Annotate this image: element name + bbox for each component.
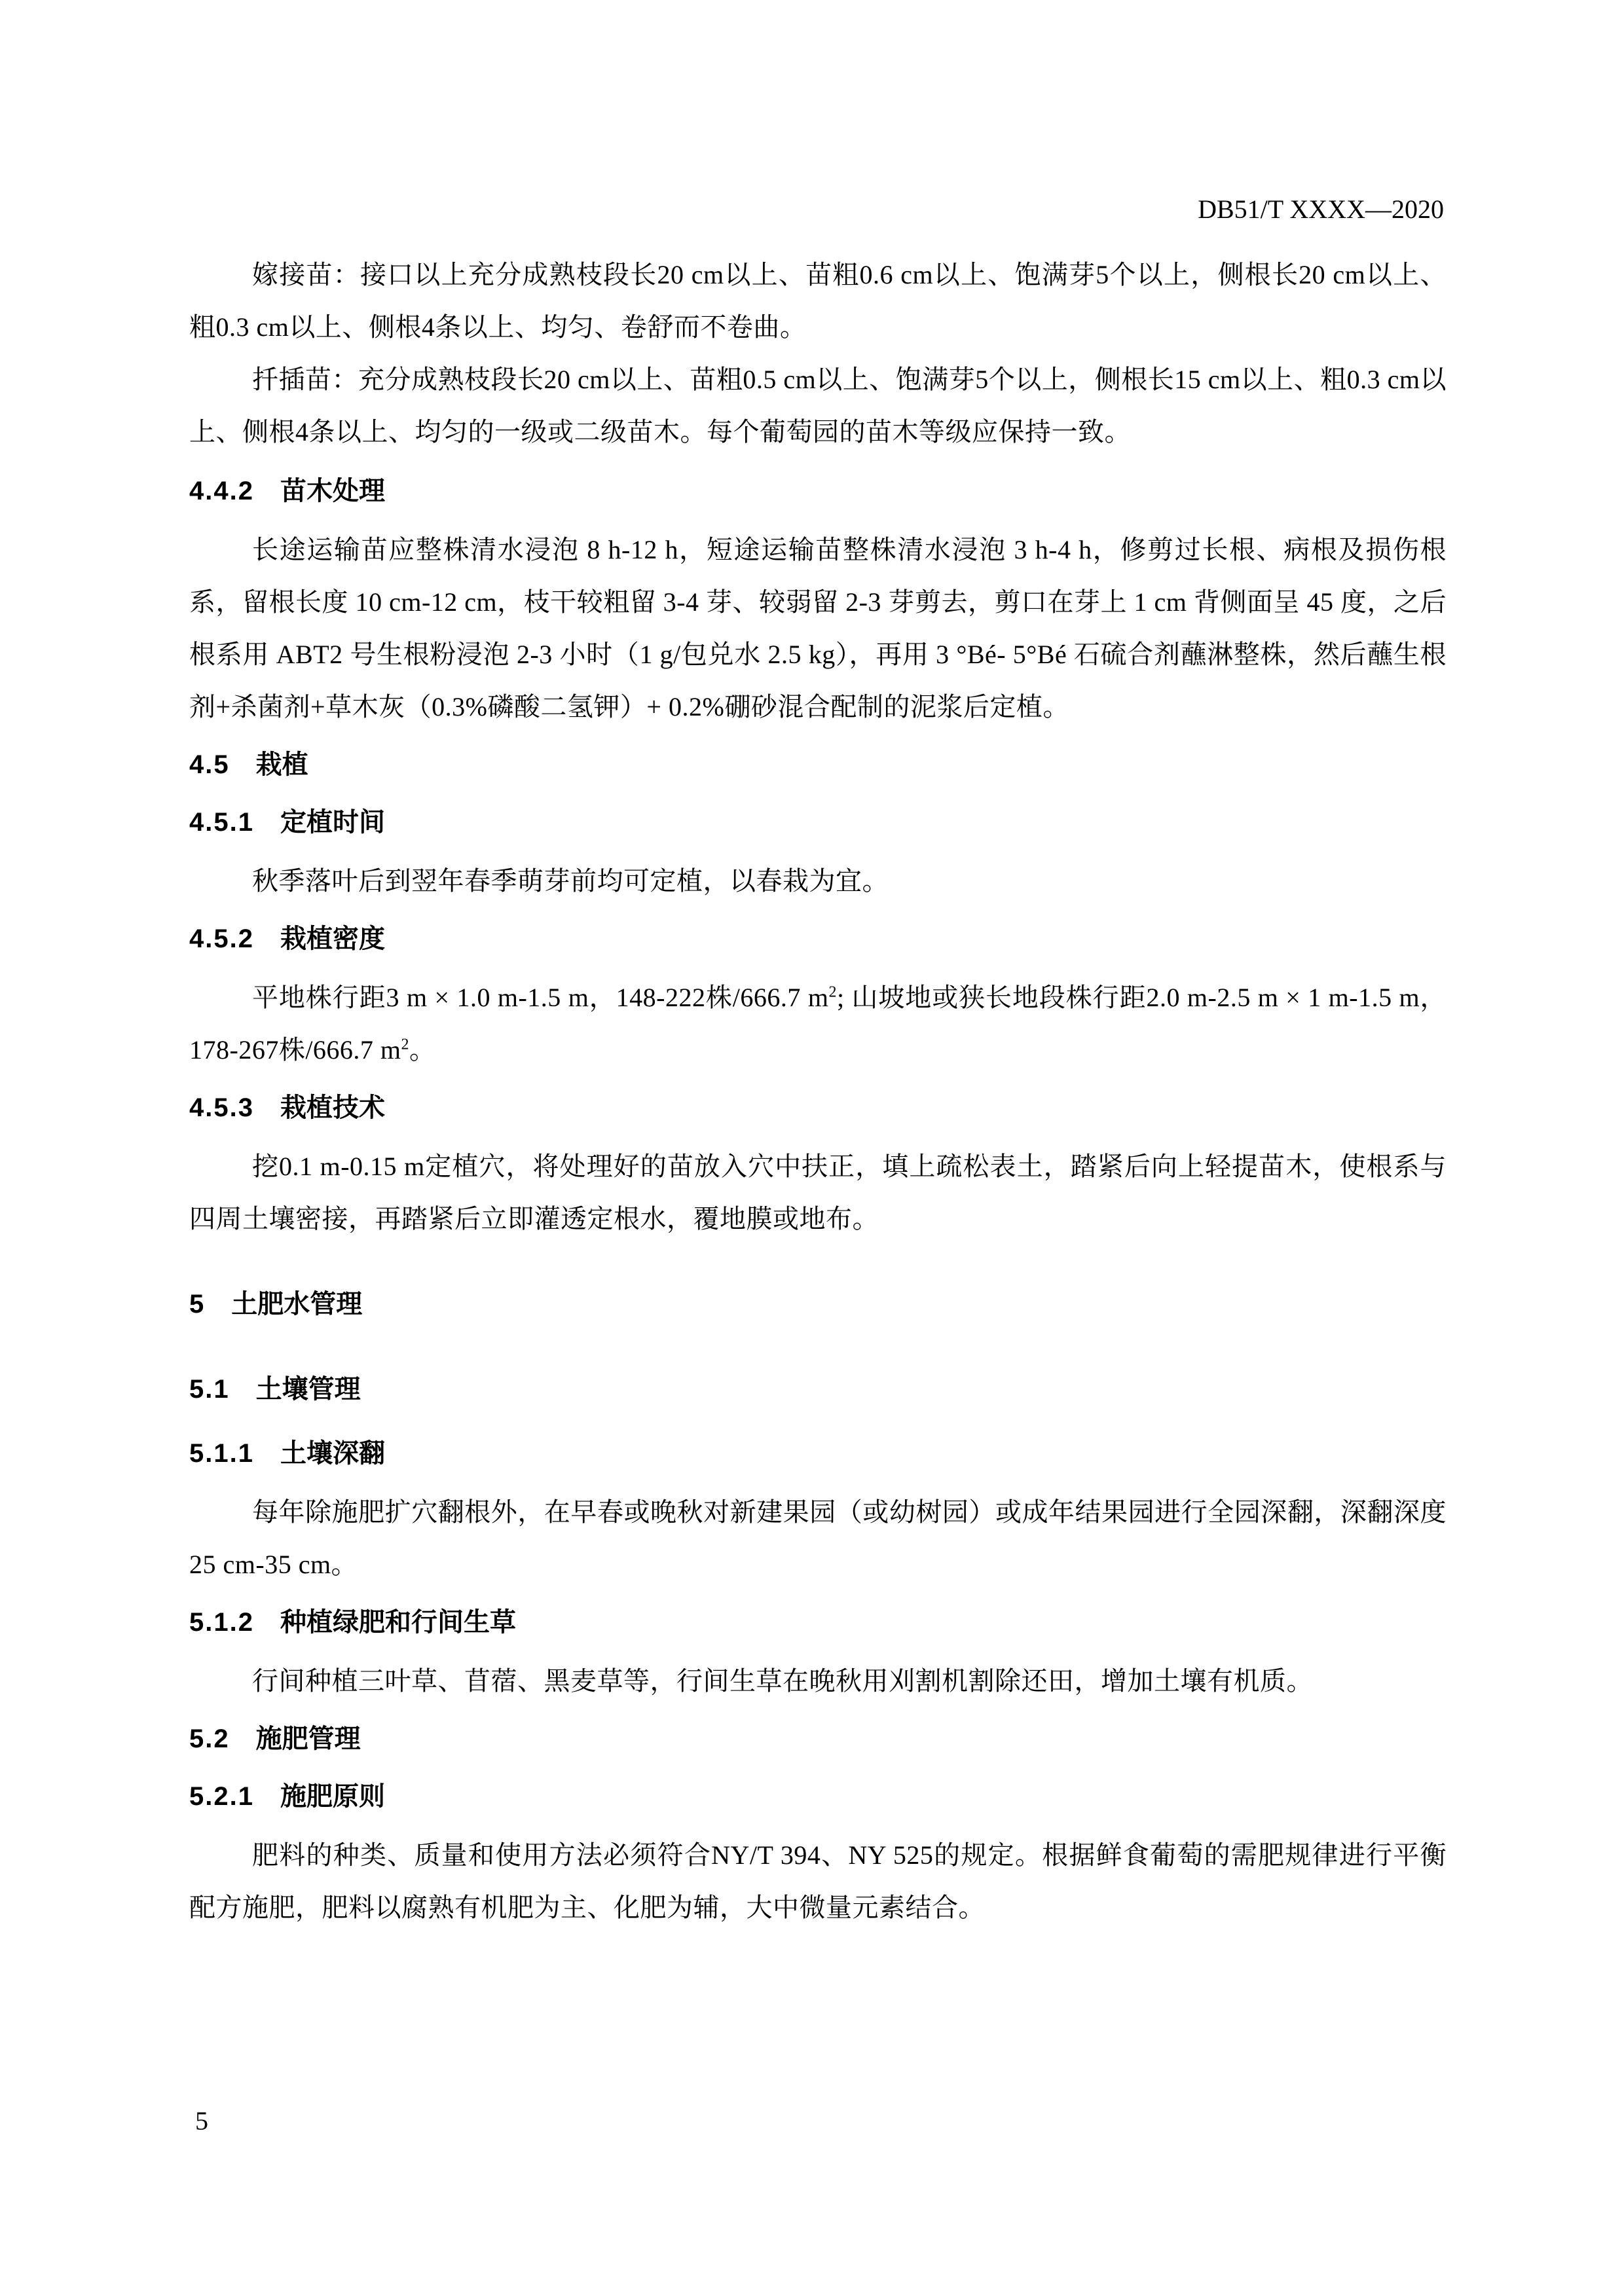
paragraph-cutting-seedling: 扦插苗：充分成熟枝段长20 cm以上、苗粗0.5 cm以上、饱满芽5个以上，侧根… — [189, 354, 1447, 458]
heading-4-5-2: 4.5.2栽植密度 — [189, 919, 1447, 958]
document-body: 嫁接苗：接口以上充分成熟枝段长20 cm以上、苗粗0.6 cm以上、饱满芽5个以… — [189, 249, 1447, 1934]
heading-title: 种植绿肥和行间生草 — [280, 1608, 516, 1637]
heading-4-5-3: 4.5.3栽植技术 — [189, 1088, 1447, 1127]
heading-number: 4.5 — [189, 745, 230, 784]
heading-number: 5.1.1 — [189, 1434, 254, 1473]
heading-number: 5.1 — [189, 1370, 230, 1409]
heading-5-1: 5.1土壤管理 — [189, 1370, 1447, 1409]
heading-number: 5.1.2 — [189, 1603, 254, 1642]
heading-title: 定植时间 — [280, 808, 385, 837]
heading-title: 栽植密度 — [280, 924, 385, 953]
heading-5-1-2: 5.1.2种植绿肥和行间生草 — [189, 1603, 1447, 1642]
paragraph-green-manure: 行间种植三叶草、苜蓿、黑麦草等，行间生草在晚秋用刈割机割除还田，增加土壤有机质。 — [189, 1655, 1447, 1707]
paragraph-fertilization-principle: 肥料的种类、质量和使用方法必须符合NY/T 394、NY 525的规定。根据鲜食… — [189, 1829, 1447, 1934]
heading-title: 苗木处理 — [280, 477, 385, 505]
paragraph-planting-time: 秋季落叶后到翌年春季萌芽前均可定植，以春栽为宜。 — [189, 855, 1447, 907]
heading-number: 4.5.2 — [189, 919, 254, 958]
heading-title: 栽植 — [256, 750, 308, 779]
heading-number: 4.4.2 — [189, 471, 254, 511]
document-code-header: DB51/T XXXX—2020 — [1198, 190, 1444, 229]
paragraph-grafted-seedling: 嫁接苗：接口以上充分成熟枝段长20 cm以上、苗粗0.6 cm以上、饱满芽5个以… — [189, 249, 1447, 354]
heading-title: 土壤深翻 — [280, 1439, 385, 1468]
paragraph-deep-ploughing: 每年除施肥扩穴翻根外，在早春或晚秋对新建果园（或幼树园）或成年结果园进行全园深翻… — [189, 1486, 1447, 1591]
heading-5-2-1: 5.2.1施肥原则 — [189, 1777, 1447, 1816]
heading-number: 5.2.1 — [189, 1777, 254, 1816]
heading-number: 4.5.1 — [189, 803, 254, 842]
heading-4-5-1: 4.5.1定植时间 — [189, 803, 1447, 842]
heading-4-4-2: 4.4.2苗木处理 — [189, 471, 1447, 511]
heading-title: 栽植技术 — [280, 1093, 385, 1122]
heading-4-5: 4.5栽植 — [189, 745, 1447, 784]
heading-5-2: 5.2施肥管理 — [189, 1719, 1447, 1758]
paragraph-planting-technique: 挖0.1 m-0.15 m定植穴，将处理好的苗放入穴中扶正，填上疏松表土，踏紧后… — [189, 1140, 1447, 1245]
heading-5: 5土肥水管理 — [189, 1285, 1447, 1324]
paragraph-seedling-treatment: 长途运输苗应整株清水浸泡 8 h-12 h，短途运输苗整株清水浸泡 3 h-4 … — [189, 524, 1447, 733]
heading-title: 施肥原则 — [280, 1782, 385, 1811]
heading-number: 4.5.3 — [189, 1088, 254, 1127]
heading-number: 5.2 — [189, 1719, 230, 1758]
heading-title: 施肥管理 — [256, 1724, 361, 1753]
paragraph-planting-density: 平地株行距3 m × 1.0 m-1.5 m，148-222株/666.7 m2… — [189, 972, 1447, 1076]
heading-title: 土壤管理 — [256, 1375, 361, 1404]
heading-number: 5 — [189, 1285, 205, 1324]
page-number: 5 — [195, 2102, 208, 2141]
heading-title: 土肥水管理 — [231, 1290, 362, 1319]
heading-5-1-1: 5.1.1土壤深翻 — [189, 1434, 1447, 1473]
